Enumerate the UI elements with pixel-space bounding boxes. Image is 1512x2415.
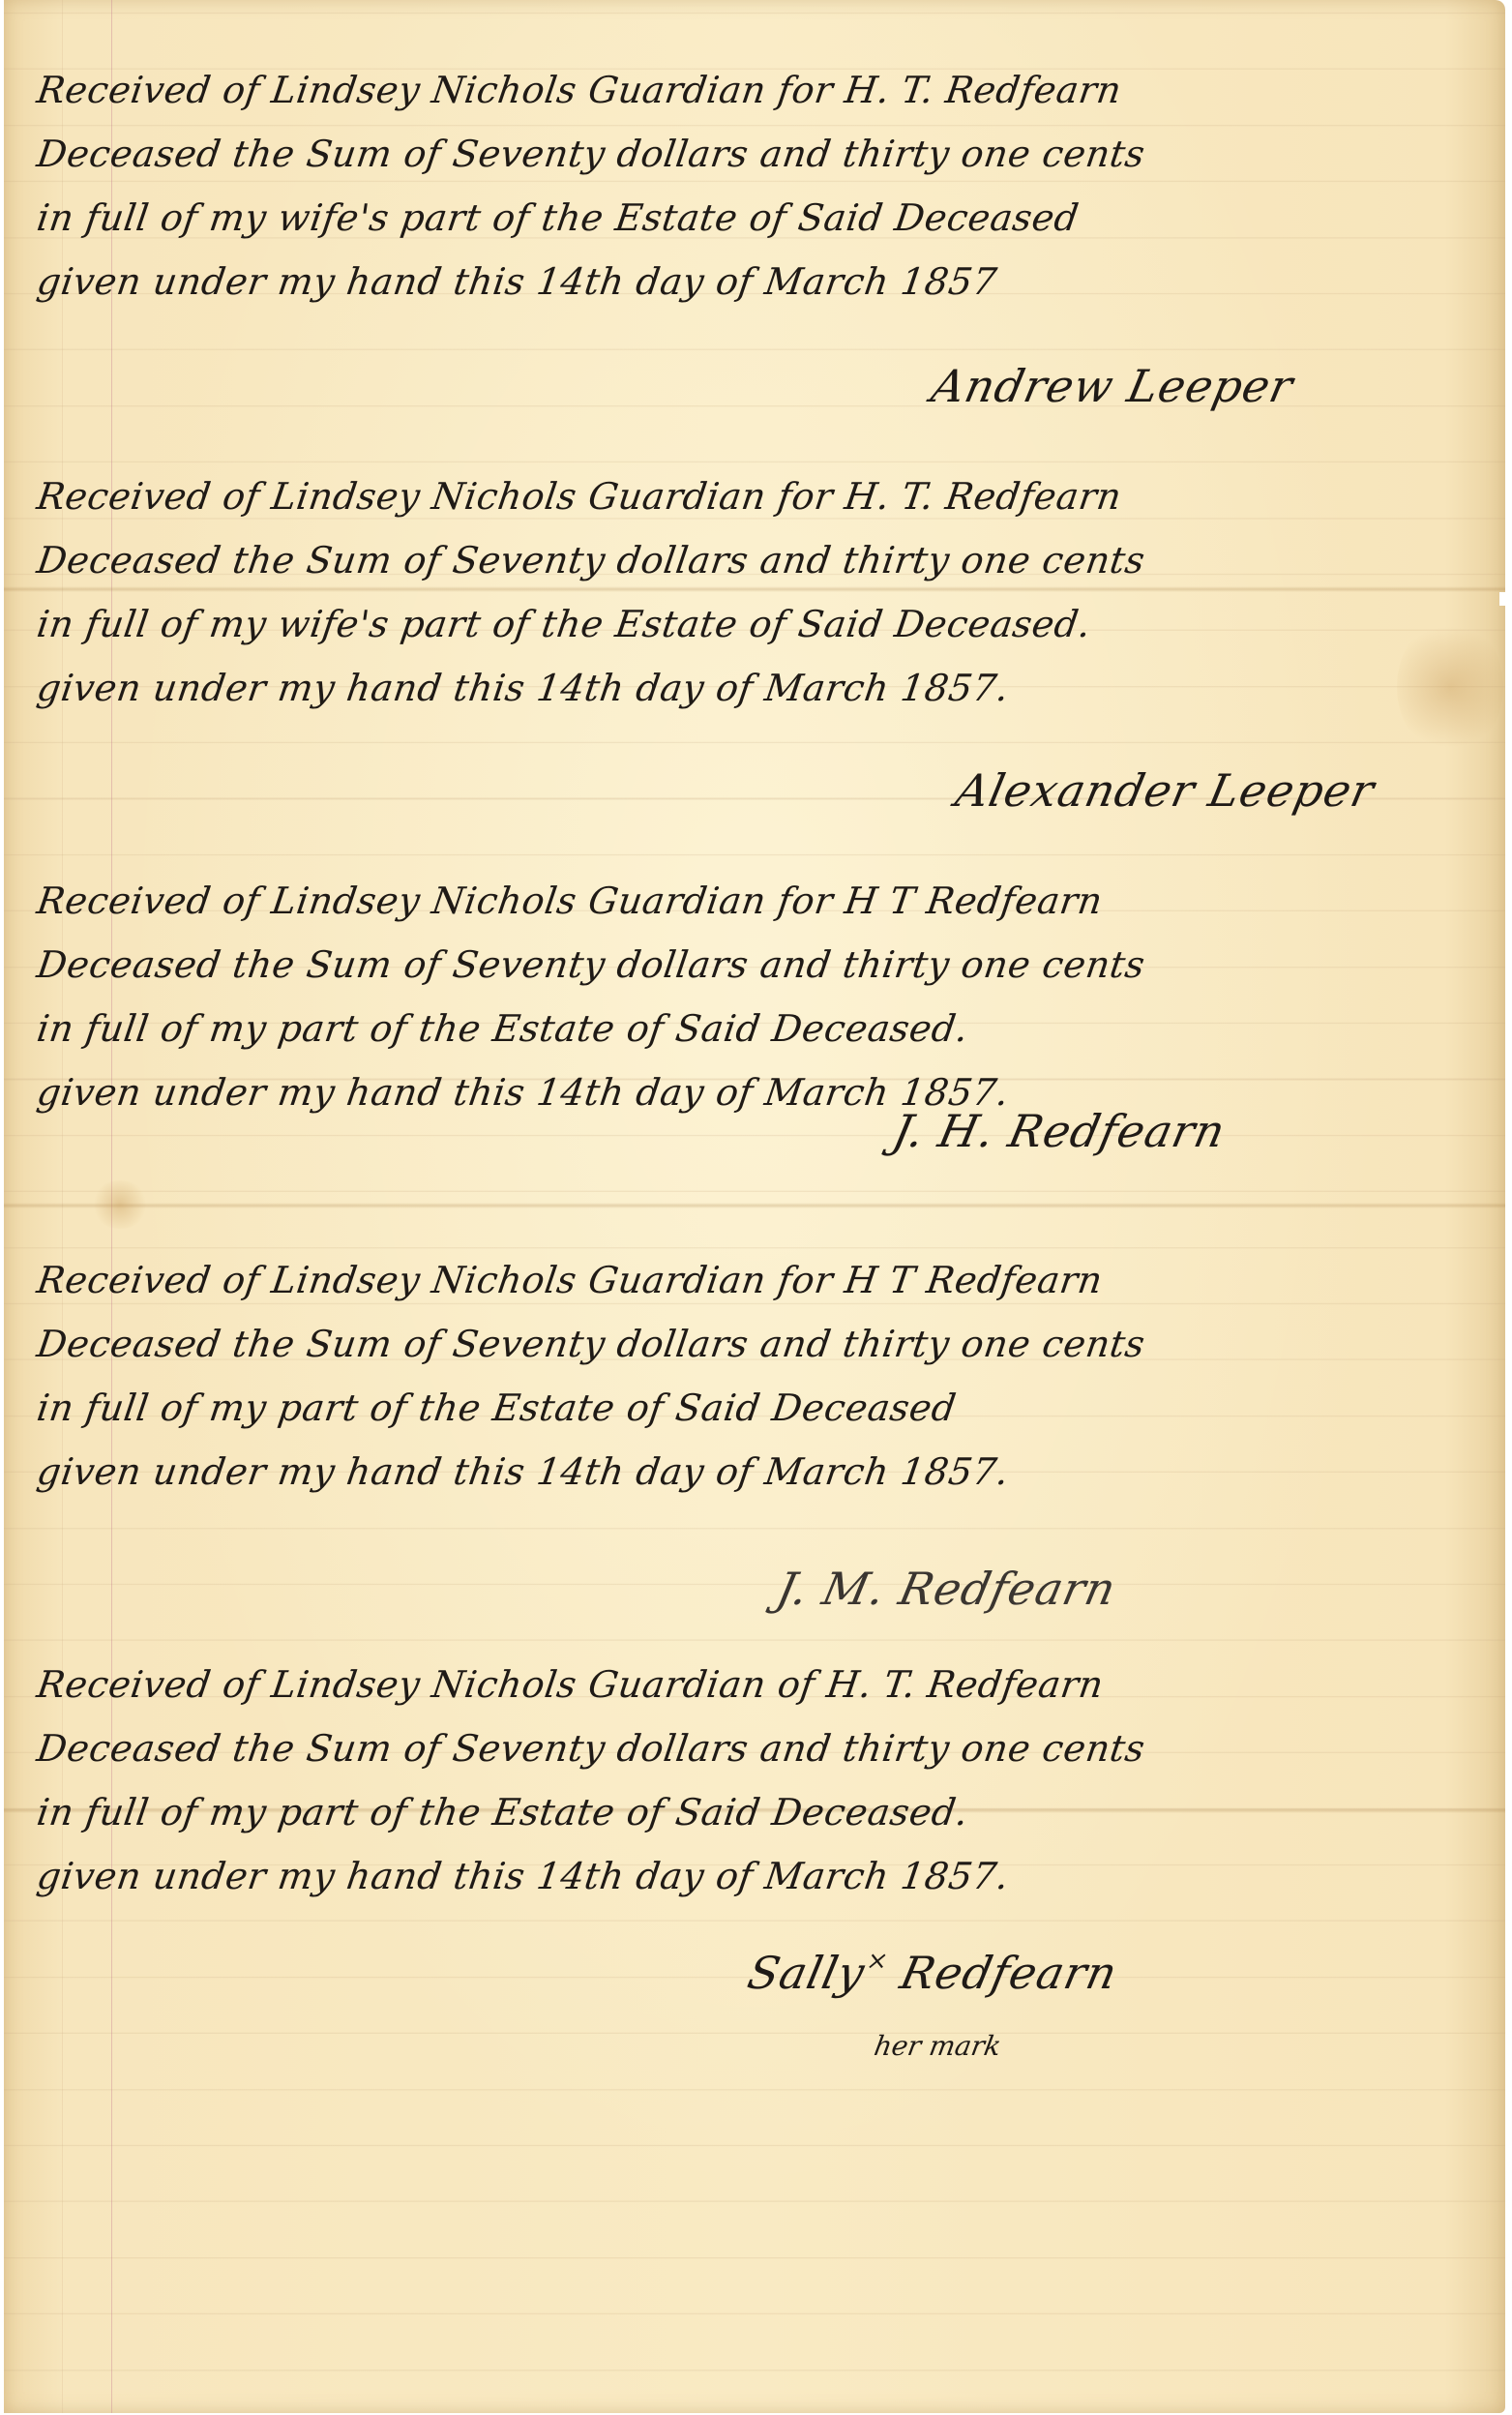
receipt-1: Received of Lindsey Nichols Guardian for… [33,58,1484,313]
signature-j-h-redfearn: J. H. Redfearn [888,1105,1230,1157]
her-mark-note: her mark [872,2030,1003,2062]
receipt-line: in full of my wife's part of the Estate … [33,186,1493,250]
signature-sally-redfearn: Sally× Redfearn [743,1947,1122,1999]
receipt-line: Deceased the Sum of Seventy dollars and … [33,933,1493,997]
receipt-line: Deceased the Sum of Seventy dollars and … [33,1312,1493,1376]
receipt-line: Received of Lindsey Nichols Guardian for… [33,1248,1493,1312]
signature-alexander-leeper: Alexander Leeper [951,764,1379,817]
receipt-line: in full of my part of the Estate of Said… [33,1780,1493,1844]
receipt-line: in full of my wife's part of the Estate … [33,592,1493,656]
torn-edge [1499,592,1509,606]
receipt-line: Received of Lindsey Nichols Guardian for… [33,58,1493,122]
receipt-line: given under my hand this 14th day of Mar… [33,656,1493,720]
receipt-line: Received of Lindsey Nichols Guardian for… [33,464,1493,528]
receipt-line: in full of my part of the Estate of Said… [33,997,1493,1060]
document-page: Received of Lindsey Nichols Guardian for… [4,0,1505,2413]
signature-j-m-redfearn: J. M. Redfearn [772,1563,1121,1615]
receipt-5: Received of Lindsey Nichols Guardian of … [33,1653,1484,1908]
receipt-line: given under my hand this 14th day of Mar… [33,1844,1493,1908]
signature-last-name: Redfearn [896,1947,1122,1999]
signature-andrew-leeper: Andrew Leeper [927,360,1298,412]
x-mark-icon: × [864,1947,892,1976]
receipt-line: given under my hand this 14th day of Mar… [33,1440,1493,1504]
receipt-line: Received of Lindsey Nichols Guardian of … [33,1653,1493,1716]
receipt-line: given under my hand this 14th day of Mar… [33,1060,1493,1124]
receipt-line: Deceased the Sum of Seventy dollars and … [33,528,1493,592]
water-stain [91,1180,149,1229]
receipt-line: Received of Lindsey Nichols Guardian for… [33,869,1493,933]
fold-crease [4,1203,1505,1208]
receipt-2: Received of Lindsey Nichols Guardian for… [33,464,1484,720]
receipt-line: Deceased the Sum of Seventy dollars and … [33,122,1493,186]
receipt-line: in full of my part of the Estate of Said… [33,1376,1493,1440]
receipt-4: Received of Lindsey Nichols Guardian for… [33,1248,1484,1504]
signature-first-name: Sally [743,1947,870,1999]
receipt-line: Deceased the Sum of Seventy dollars and … [33,1716,1493,1780]
receipt-line: given under my hand this 14th day of Mar… [33,250,1493,313]
receipt-3: Received of Lindsey Nichols Guardian for… [33,869,1484,1124]
